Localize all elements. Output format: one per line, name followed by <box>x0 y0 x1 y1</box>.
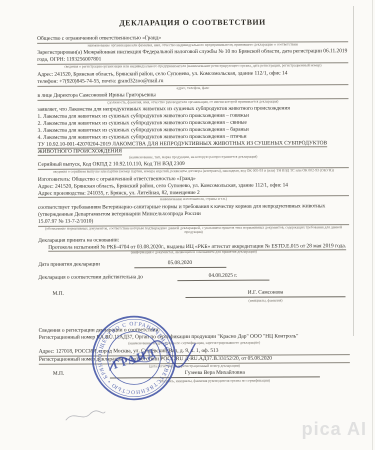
declarant-representative-caption: (должность, фамилия, имя, отчество руков… <box>37 99 348 105</box>
certification-head-caption: (подпись, инициалы, фамилия руководителя… <box>110 378 320 384</box>
declarant-signature-block: И.Г. Самсонова (инициалы, фамилия) <box>185 289 345 305</box>
certification-head-name: Гузеева Вера Михайловна <box>110 369 320 378</box>
registration-section: Сведения о регистрации декларации о соот… <box>39 327 350 387</box>
declarant-registration-caption: сведения о регистрации организации или и… <box>37 63 348 69</box>
declaration-document: ДЕКЛАРАЦИЯ О СООТВЕТСТВИИ Общество с огр… <box>0 0 375 450</box>
stamp-place-label: М.П. <box>53 371 64 377</box>
certification-signature-block: Гузеева Вера Михайловна (подпись, инициа… <box>110 369 320 386</box>
signature-stroke-small <box>62 408 108 426</box>
declarant-signatory-caption: (инициалы, фамилия) <box>186 298 346 303</box>
declaration-reg-caption: (дата регистрации и регистрационный номе… <box>39 363 350 369</box>
scan-edge-line <box>372 0 373 450</box>
document-content: ДЕКЛАРАЦИЯ О СООТВЕТСТВИИ Общество с огр… <box>37 17 350 386</box>
valid-until-value: 04.08.2025 г. <box>177 273 269 281</box>
product-serial-caption: сведения о серийном выпуске или партии (… <box>38 168 349 174</box>
valid-until-label: Декларация о соответствии действительна … <box>38 274 143 282</box>
declarant-contacts-caption: адрес, телефон, факс <box>37 85 348 91</box>
conformity-requirements-caption: (обозначение нормативных документов, соо… <box>38 225 349 236</box>
declarant-registration: Зарегистрирован(а) Межрайонная инспекция… <box>37 49 348 65</box>
certification-signature-row: М.П. Гузеева Вера Михайловна (подпись, и… <box>39 369 350 386</box>
adoption-date-label: Дата принятия декларации <box>38 261 100 268</box>
declarant-signature-row: М.П. И.Г. Самсонова (инициалы, фамилия) <box>38 289 349 306</box>
adoption-date-value: 05.08.2020 <box>134 260 226 268</box>
document-title: ДЕКЛАРАЦИЯ О СООТВЕТСТВИИ <box>37 17 348 28</box>
stamp-place-label: М.П. <box>52 291 63 297</box>
manufacturer-caption: наименование изготовителя, страны и т.п.… <box>38 197 349 203</box>
declarant-signatory-name: И.Г. Самсонова <box>185 289 345 298</box>
declarant-name-caption: наименование организации или фамилия, им… <box>37 42 348 48</box>
scan-artifact-line <box>353 6 354 336</box>
watermark: pica AI <box>302 419 367 440</box>
valid-until-row: Декларация о соответствии действительна … <box>38 272 349 282</box>
adoption-date-row: Дата принятия декларации 05.08.2020 <box>38 259 349 269</box>
